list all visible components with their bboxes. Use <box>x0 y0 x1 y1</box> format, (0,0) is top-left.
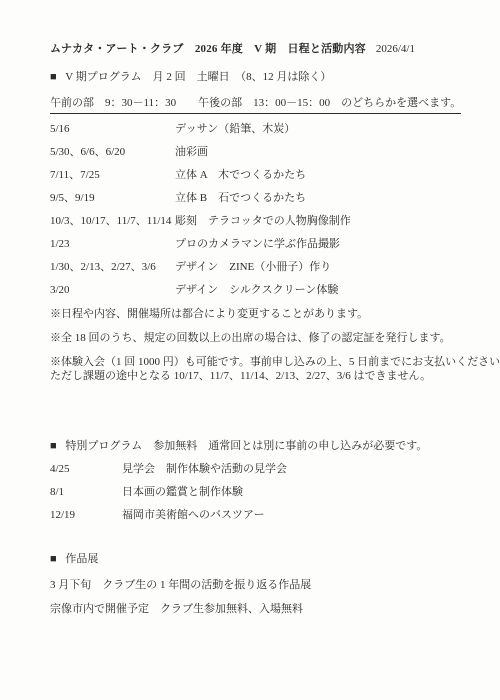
title-row: ムナカタ・アート・クラブ 2026 年度 V 期 日程と活動内容 2026/4/… <box>50 42 470 56</box>
time-note-row: 午前の部 9：30－11：30 午後の部 13：00－15：00 のどちらかを選… <box>50 96 470 114</box>
row-activity: 立体 B 石でつくるかたち <box>175 191 306 205</box>
row-activity: デザイン シルクスクリーン体験 <box>175 283 338 297</box>
notes-block: ※日程や内容、開催場所は都合により変更することがあります。 ※全 18 回のうち… <box>50 307 470 383</box>
exhibition-heading-text: 作品展 <box>65 553 98 565</box>
row-activity: 彫刻 テラコッタでの人物胸像制作 <box>175 214 351 228</box>
special-schedule-table: 4/25 見学会 制作体験や活動の見学会 8/1 日本画の鑑賞と制作体験 12/… <box>50 462 470 522</box>
row-activity: 福岡市美術館へのバスツアー <box>122 508 265 522</box>
row-dates: 7/11、7/25 <box>50 168 175 182</box>
square-bullet-icon: ■ <box>50 440 57 452</box>
program-heading-text: V 期プログラム 月 2 回 土曜日 （8、12 月は除く） <box>65 71 331 83</box>
row-dates: 5/16 <box>50 122 175 136</box>
doc-date: 2026/4/1 <box>376 42 415 56</box>
row-dates: 8/1 <box>50 485 122 499</box>
row-activity: 見学会 制作体験や活動の見学会 <box>122 462 287 476</box>
table-row: 10/3、10/17、11/7、11/14 彫刻 テラコッタでの人物胸像制作 <box>50 214 470 228</box>
table-row: 4/25 見学会 制作体験や活動の見学会 <box>50 462 470 476</box>
row-activity: 油彩画 <box>175 145 208 159</box>
row-activity: 立体 A 木でつくるかたち <box>175 168 306 182</box>
row-dates: 10/3、10/17、11/7、11/14 <box>50 214 175 228</box>
row-dates: 3/20 <box>50 283 175 297</box>
page-title: ムナカタ・アート・クラブ 2026 年度 V 期 日程と活動内容 <box>50 42 366 56</box>
program-schedule-table: 5/16 デッサン（鉛筆、木炭） 5/30、6/6、6/20 油彩画 7/11、… <box>50 122 470 297</box>
document-page: ムナカタ・アート・クラブ 2026 年度 V 期 日程と活動内容 2026/4/… <box>0 0 500 700</box>
row-activity: デザイン ZINE（小冊子）作り <box>175 260 331 274</box>
square-bullet-icon: ■ <box>50 71 57 83</box>
note-line: ※日程や内容、開催場所は都合により変更することがあります。 <box>50 307 470 321</box>
row-dates: 5/30、6/6、6/20 <box>50 145 175 159</box>
table-row: 7/11、7/25 立体 A 木でつくるかたち <box>50 168 470 182</box>
row-dates: 4/25 <box>50 462 122 476</box>
row-activity: 日本画の鑑賞と制作体験 <box>122 485 243 499</box>
table-row: 3/20 デザイン シルクスクリーン体験 <box>50 283 470 297</box>
table-row: 1/23 プロのカメラマンに学ぶ作品撮影 <box>50 237 470 251</box>
special-program-section: ■ 特別プログラム 参加無料 通常回とは別に事前の申し込みが必要です。 4/25… <box>50 439 470 522</box>
row-dates: 9/5、9/19 <box>50 191 175 205</box>
table-row: 12/19 福岡市美術館へのバスツアー <box>50 508 470 522</box>
program-section-heading: ■ V 期プログラム 月 2 回 土曜日 （8、12 月は除く） <box>50 70 470 84</box>
table-row: 1/30、2/13、2/27、3/6 デザイン ZINE（小冊子）作り <box>50 260 470 274</box>
row-dates: 12/19 <box>50 508 122 522</box>
special-section-heading: ■ 特別プログラム 参加無料 通常回とは別に事前の申し込みが必要です。 <box>50 439 470 453</box>
row-dates: 1/23 <box>50 237 175 251</box>
table-row: 5/30、6/6、6/20 油彩画 <box>50 145 470 159</box>
table-row: 8/1 日本画の鑑賞と制作体験 <box>50 485 470 499</box>
exhibition-section-heading: ■ 作品展 <box>50 552 470 566</box>
row-activity: プロのカメラマンに学ぶ作品撮影 <box>175 237 340 251</box>
table-row: 5/16 デッサン（鉛筆、木炭） <box>50 122 470 136</box>
time-note: 午前の部 9：30－11：30 午後の部 13：00－15：00 のどちらかを選… <box>50 96 461 114</box>
note-line-continuation: ただし課題の途中となる 10/17、11/7、11/14、2/13、2/27、3… <box>50 369 470 383</box>
note-line: ※体験入会（1 回 1000 円）も可能です。事前申し込みの上、5 日前までにお… <box>50 355 470 369</box>
exhibition-line: 3 月下旬 クラブ生の 1 年間の活動を振り返る作品展 <box>50 578 470 592</box>
note-line: ※全 18 回のうち、規定の回数以上の出席の場合は、修了の認定証を発行します。 <box>50 331 470 345</box>
exhibition-line: 宗像市内で開催予定 クラブ生参加無料、入場無料 <box>50 602 470 616</box>
row-activity: デッサン（鉛筆、木炭） <box>175 122 295 136</box>
square-bullet-icon: ■ <box>50 553 57 565</box>
row-dates: 1/30、2/13、2/27、3/6 <box>50 260 175 274</box>
exhibition-section: ■ 作品展 3 月下旬 クラブ生の 1 年間の活動を振り返る作品展 宗像市内で開… <box>50 552 470 616</box>
table-row: 9/5、9/19 立体 B 石でつくるかたち <box>50 191 470 205</box>
special-heading-text: 特別プログラム 参加無料 通常回とは別に事前の申し込みが必要です。 <box>65 440 427 452</box>
